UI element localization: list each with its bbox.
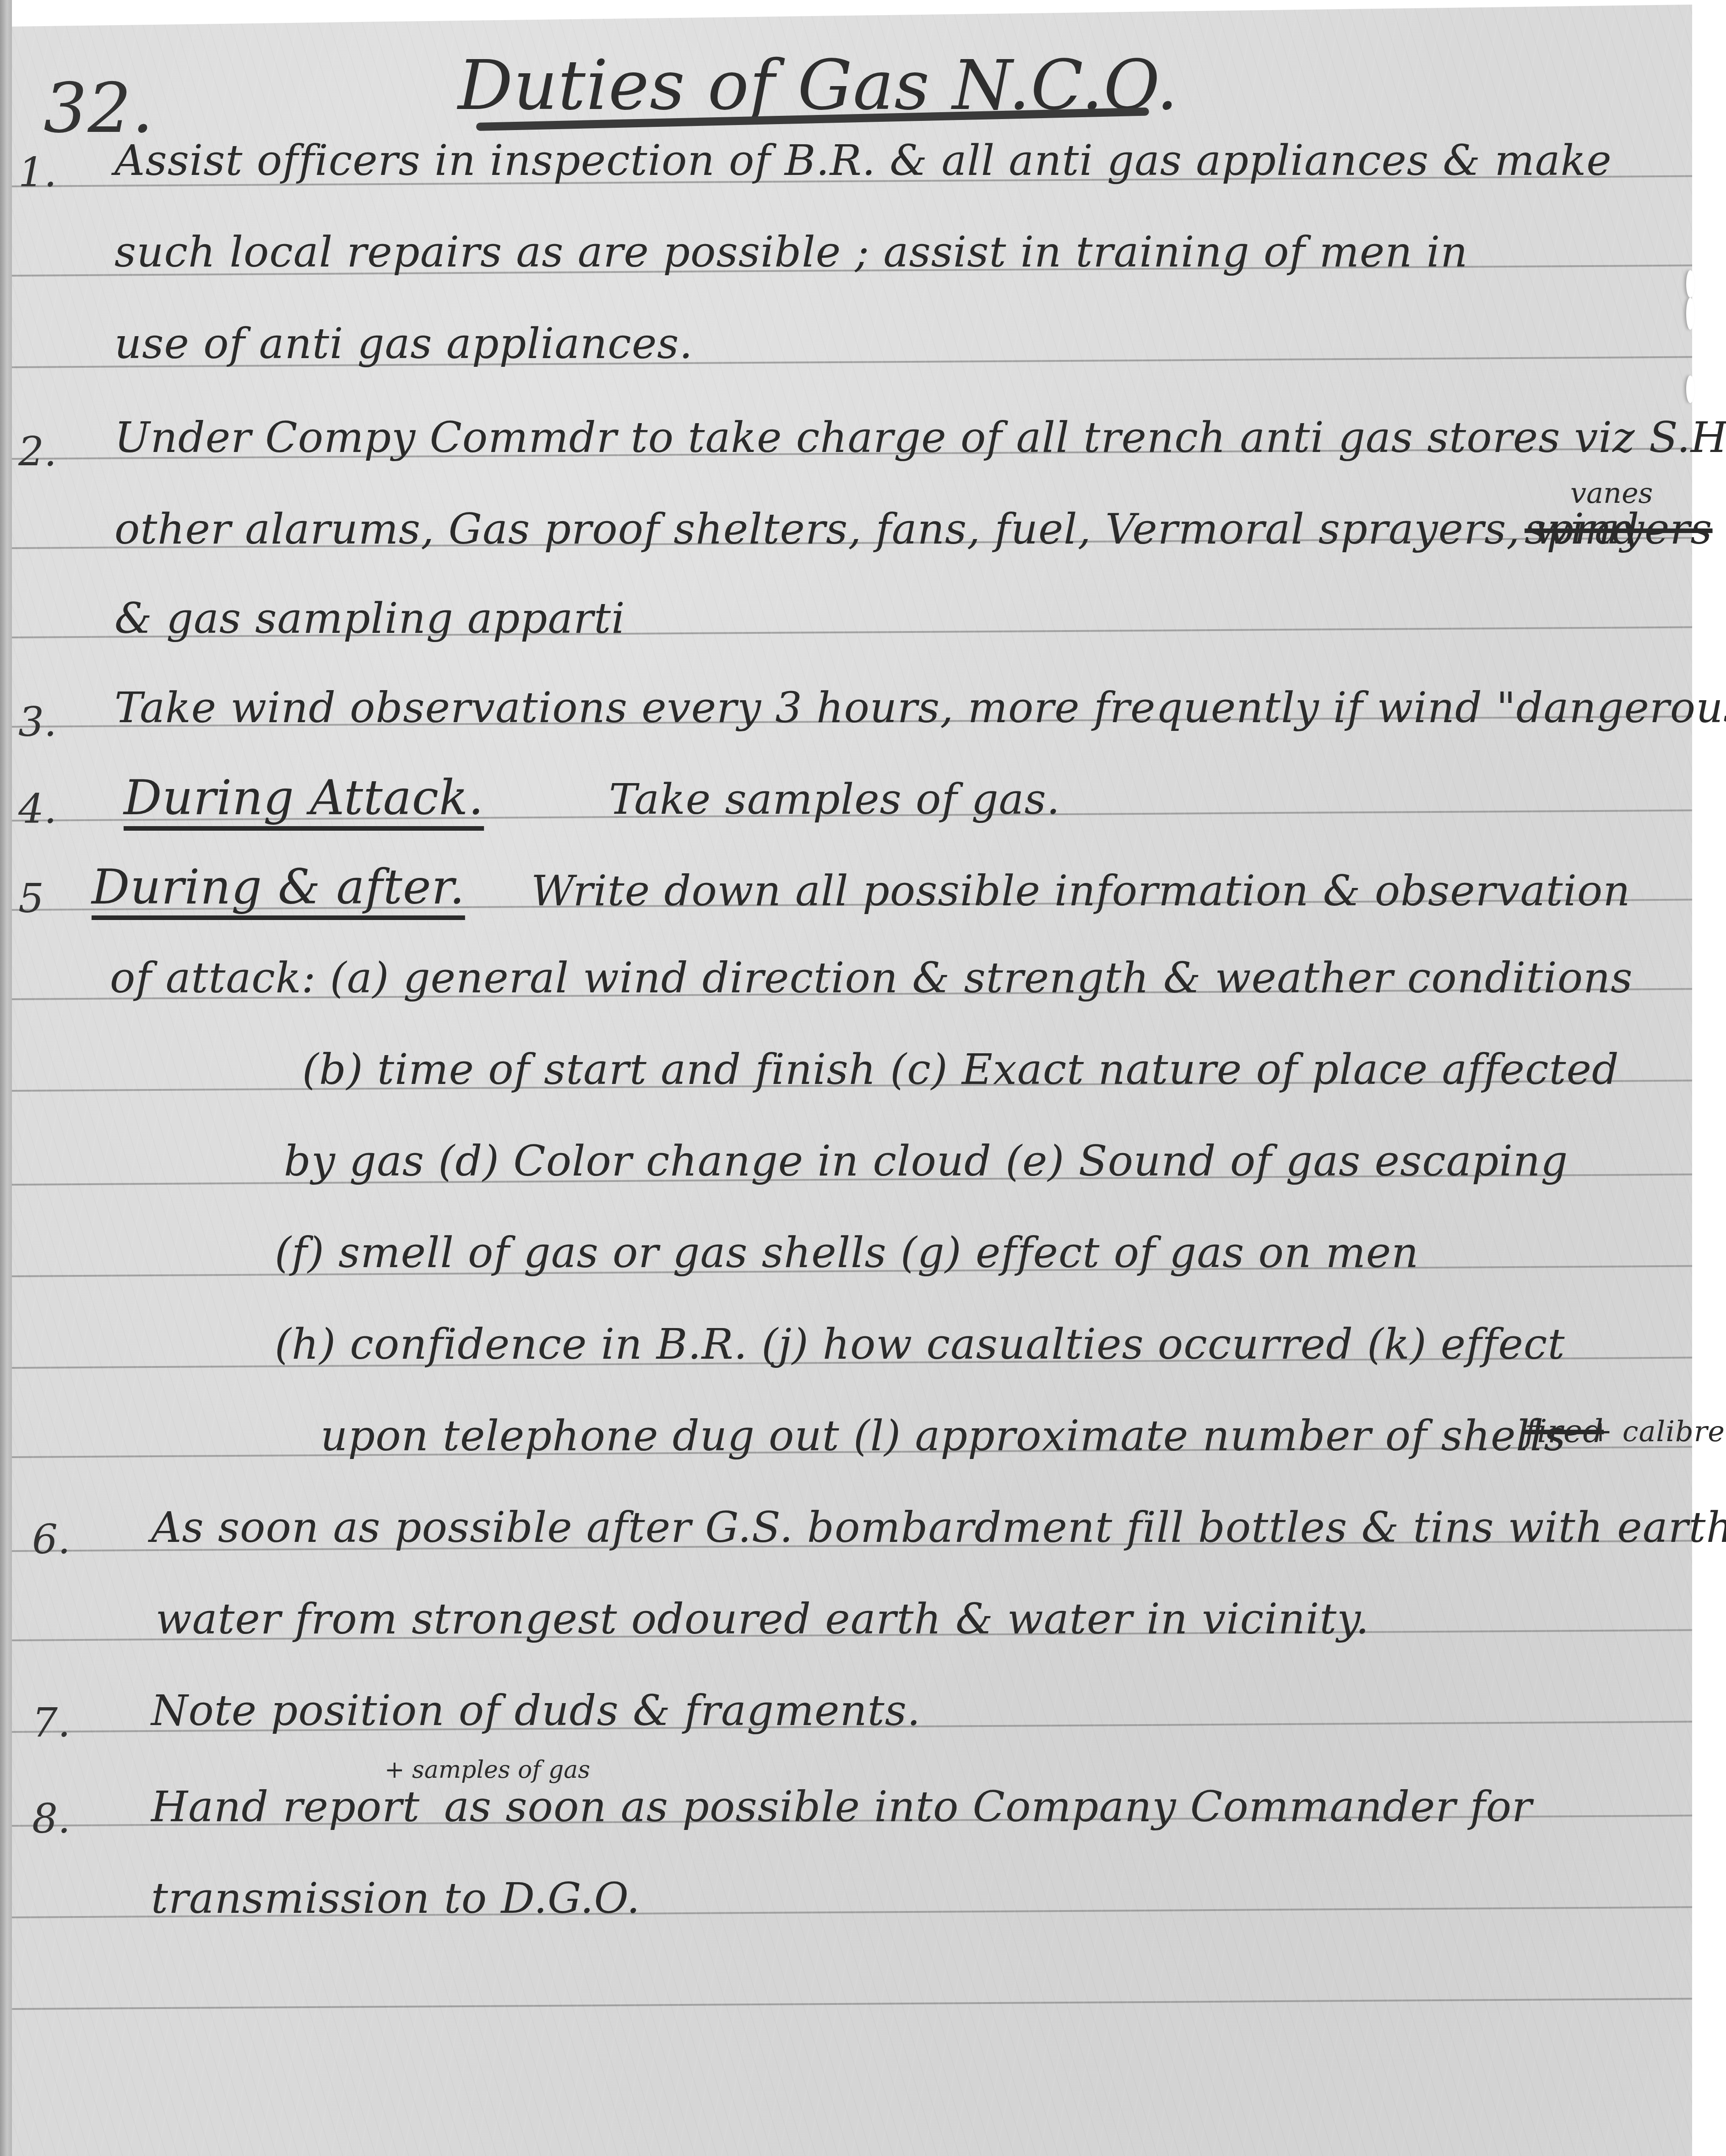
item-line: as soon as possible into Company Command…: [444, 1786, 1532, 1828]
item-number: 1.: [18, 149, 57, 196]
struck-word: sprayers: [1525, 508, 1713, 550]
item-line: such local repairs as are possible ; ass…: [114, 231, 1468, 273]
sub-item-line: by gas (d) Color change in cloud (e) Sou…: [284, 1140, 1568, 1182]
item-line: other alarums, Gas proof shelters, fans,…: [114, 508, 1639, 550]
ruled-line: [12, 1998, 1692, 2010]
item-line: water from strongest odoured earth & wat…: [156, 1598, 1369, 1640]
item-number: 8.: [32, 1795, 71, 1842]
item-line: As soon as possible after G.S. bombardme…: [151, 1507, 1726, 1549]
item-line: Note position of duds & fragments.: [151, 1690, 921, 1732]
torn-edge-mark: [1686, 270, 1694, 298]
sub-item-line: (f) smell of gas or gas shells (g) effec…: [275, 1232, 1419, 1274]
item-line: Write down all possible information & ob…: [531, 870, 1630, 912]
scan-margin-strip: [0, 0, 12, 2156]
item-number: 5: [18, 875, 44, 922]
item-number: 4.: [18, 785, 57, 833]
item-line: Take wind observations every 3 hours, mo…: [114, 687, 1726, 729]
inserted-word: vanes: [1570, 476, 1653, 510]
sub-item-line: (b) time of start and finish (c) Exact n…: [302, 1049, 1619, 1091]
torn-edge-mark: [1686, 376, 1694, 403]
inserted-phrase: + samples of gas: [385, 1756, 590, 1784]
item-line: of attack: (a) general wind direction & …: [110, 957, 1633, 999]
item-number: 6.: [32, 1516, 71, 1563]
item-line: transmission to D.G.O.: [151, 1878, 640, 1920]
item-line: Take samples of gas.: [609, 779, 1060, 821]
item-line: Under Compy Commdr to take charge of all…: [114, 417, 1726, 459]
sub-item-line: upon telephone dug out (l) approximate n…: [320, 1415, 1566, 1457]
item-line: use of anti gas appliances.: [114, 323, 693, 365]
item-line: Assist officers in inspection of B.R. & …: [114, 140, 1612, 182]
item-number: 7.: [32, 1699, 71, 1746]
item-line: Hand report: [151, 1786, 420, 1828]
torn-edge-mark: [1686, 298, 1694, 330]
item-number: 2.: [18, 428, 57, 475]
item-line: & gas sampling apparti: [114, 598, 625, 640]
item-heading: During Attack.: [124, 774, 484, 822]
line-end: + calibre.: [1589, 1417, 1726, 1446]
item-number: 3.: [18, 698, 57, 746]
sub-item-line: (h) confidence in B.R. (j) how casualtie…: [275, 1323, 1565, 1366]
item-heading: During & after.: [92, 863, 465, 911]
